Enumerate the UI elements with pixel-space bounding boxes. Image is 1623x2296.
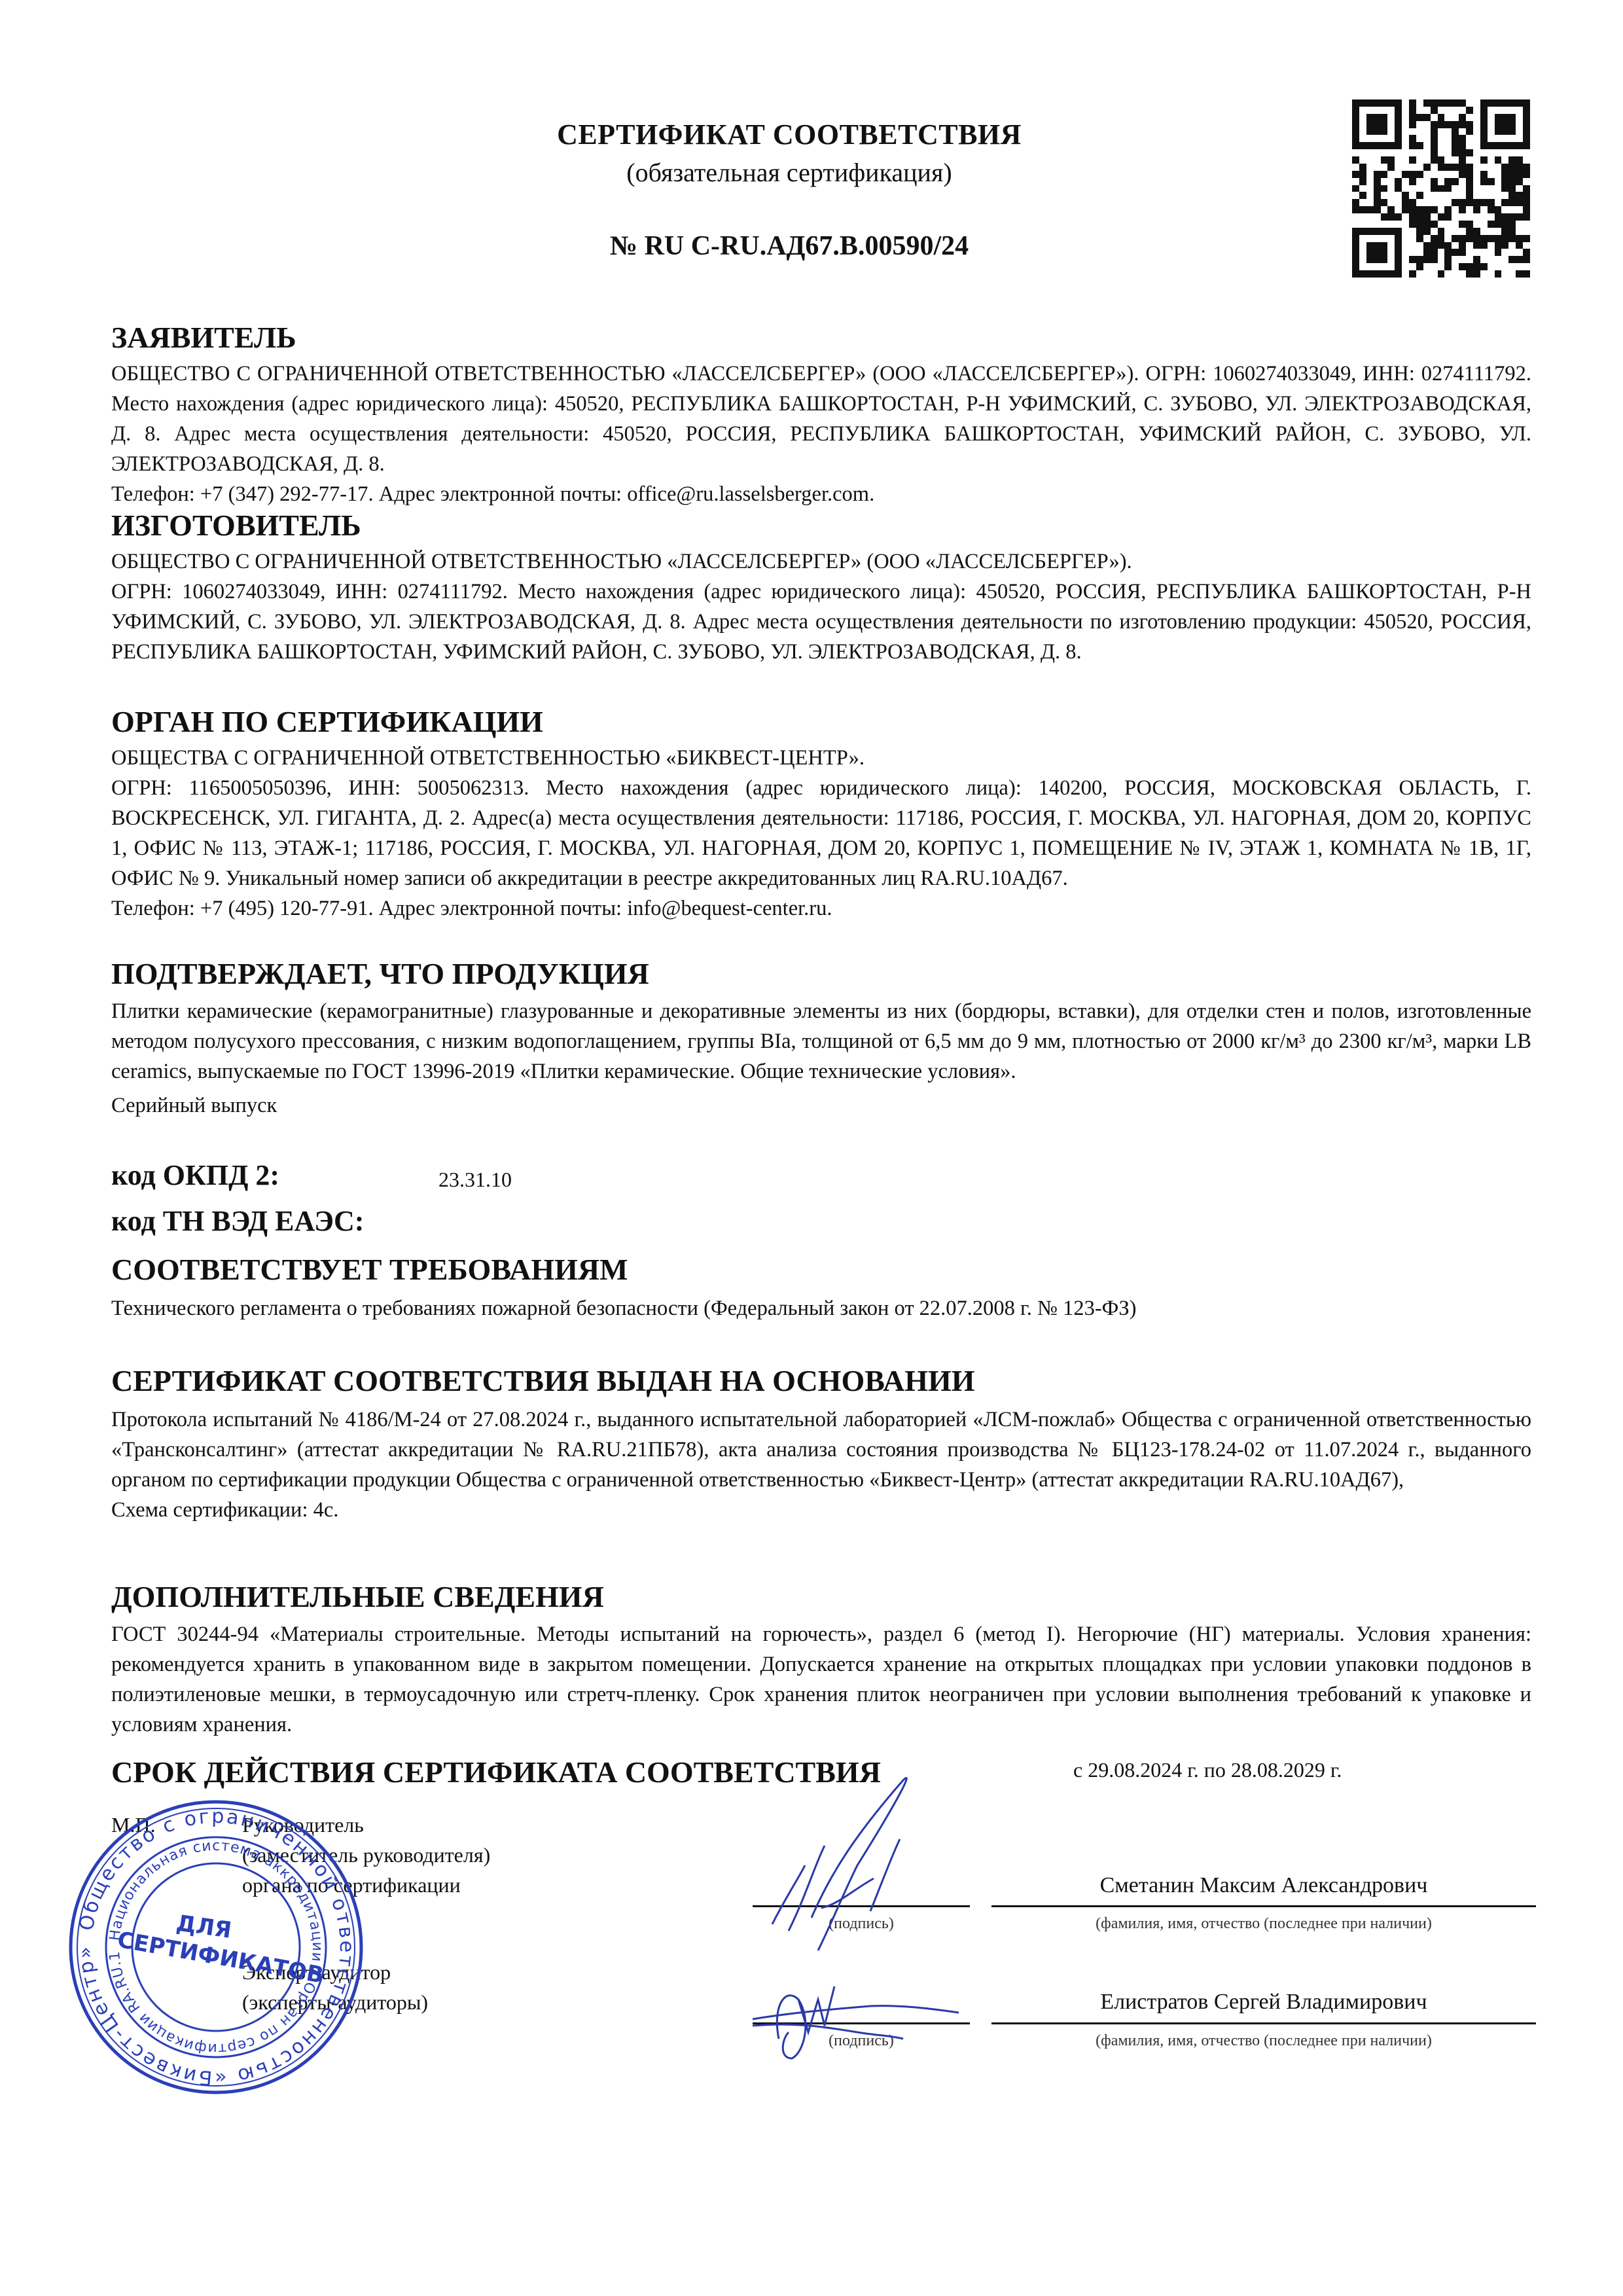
basis-text: Протокола испытаний № 4186/М-24 от 27.08… (111, 1405, 1531, 1495)
certification-body-details: ОГРН: 1165005050396, ИНН: 5005062313. Ме… (111, 773, 1531, 893)
certification-scheme: Схема сертификации: 4с. (111, 1495, 1531, 1525)
head-name: Сметанин Максим Александрович (991, 1873, 1536, 1898)
section-applicant: ЗАЯВИТЕЛЬ ОБЩЕСТВО С ОГРАНИЧЕННОЙ ОТВЕТС… (111, 319, 1531, 509)
head-signature-icon (759, 1767, 969, 1957)
section-heading: ПОДТВЕРЖДАЕТ, ЧТО ПРОДУКЦИЯ (111, 956, 1531, 992)
section-heading: ДОПОЛНИТЕЛЬНЫЕ СВЕДЕНИЯ (111, 1579, 1531, 1615)
certification-body-contacts: Телефон: +7 (495) 120-77-91. Адрес элект… (111, 893, 1531, 924)
section-heading: ОРГАН ПО СЕРТИФИКАЦИИ (111, 704, 1531, 740)
section-heading: ЗАЯВИТЕЛЬ (111, 319, 1531, 356)
head-name-line (991, 1905, 1536, 1907)
section-manufacturer: ИЗГОТОВИТЕЛЬ ОБЩЕСТВО С ОГРАНИЧЕННОЙ ОТВ… (111, 507, 1531, 667)
organization-stamp-icon: Общество с ограниченной ответственностью… (62, 1793, 370, 2101)
requirements-text: Технического регламента о требованиях по… (111, 1293, 1531, 1323)
certification-body-name: ОБЩЕСТВА С ОГРАНИЧЕННОЙ ОТВЕТСТВЕННОСТЬЮ… (111, 743, 1531, 773)
section-heading: ИЗГОТОВИТЕЛЬ (111, 507, 1531, 544)
okpd-label: код ОКПД 2: (111, 1159, 279, 1191)
tnved-code-row: код ТН ВЭД ЕАЭС: (111, 1204, 1531, 1238)
okpd-code-row: код ОКПД 2: 23.31.10 (111, 1158, 1531, 1192)
qr-code-icon (1352, 99, 1530, 278)
release-type: Серийный выпуск (111, 1090, 1531, 1121)
expert-name-caption: (фамилия, имя, отчество (последнее при н… (991, 2032, 1536, 2050)
head-name-caption: (фамилия, имя, отчество (последнее при н… (991, 1915, 1536, 1933)
product-description: Плитки керамические (керамогранитные) гл… (111, 996, 1531, 1086)
section-heading: СЕРТИФИКАТ СООТВЕТСТВИЯ ВЫДАН НА ОСНОВАН… (111, 1363, 1531, 1399)
tnved-label: код ТН ВЭД ЕАЭС: (111, 1205, 364, 1237)
validity-period: с 29.08.2024 г. по 28.08.2029 г. (1073, 1758, 1342, 1782)
okpd-value: 23.31.10 (438, 1168, 512, 1192)
section-certification-body: ОРГАН ПО СЕРТИФИКАЦИИ ОБЩЕСТВА С ОГРАНИЧ… (111, 704, 1531, 924)
section-basis: СЕРТИФИКАТ СООТВЕТСТВИЯ ВЫДАН НА ОСНОВАН… (111, 1363, 1531, 1525)
document-subtitle: (обязательная сертификация) (0, 157, 1578, 188)
applicant-contacts: Телефон: +7 (347) 292-77-17. Адрес элект… (111, 479, 1531, 509)
additional-text: ГОСТ 30244-94 «Материалы строительные. М… (111, 1619, 1531, 1740)
section-heading: СООТВЕТСТВУЕТ ТРЕБОВАНИЯМ (111, 1251, 1531, 1288)
certificate-number: № RU C-RU.АД67.В.00590/24 (0, 230, 1578, 262)
manufacturer-details: ОГРН: 1060274033049, ИНН: 0274111792. Ме… (111, 577, 1531, 667)
section-product: ПОДТВЕРЖДАЕТ, ЧТО ПРОДУКЦИЯ Плитки керам… (111, 956, 1531, 1121)
expert-signature-icon (753, 1960, 969, 2085)
section-requirements: СООТВЕТСТВУЕТ ТРЕБОВАНИЯМ Технического р… (111, 1251, 1531, 1323)
expert-name: Елистратов Сергей Владимирович (991, 1990, 1536, 2015)
expert-name-line (991, 2022, 1536, 2024)
document-title: СЕРТИФИКАТ СООТВЕТСТВИЯ (0, 118, 1578, 151)
applicant-details: ОБЩЕСТВО С ОГРАНИЧЕННОЙ ОТВЕТСТВЕННОСТЬЮ… (111, 359, 1531, 479)
section-additional: ДОПОЛНИТЕЛЬНЫЕ СВЕДЕНИЯ ГОСТ 30244-94 «М… (111, 1579, 1531, 1740)
manufacturer-name: ОБЩЕСТВО С ОГРАНИЧЕННОЙ ОТВЕТСТВЕННОСТЬЮ… (111, 547, 1531, 577)
